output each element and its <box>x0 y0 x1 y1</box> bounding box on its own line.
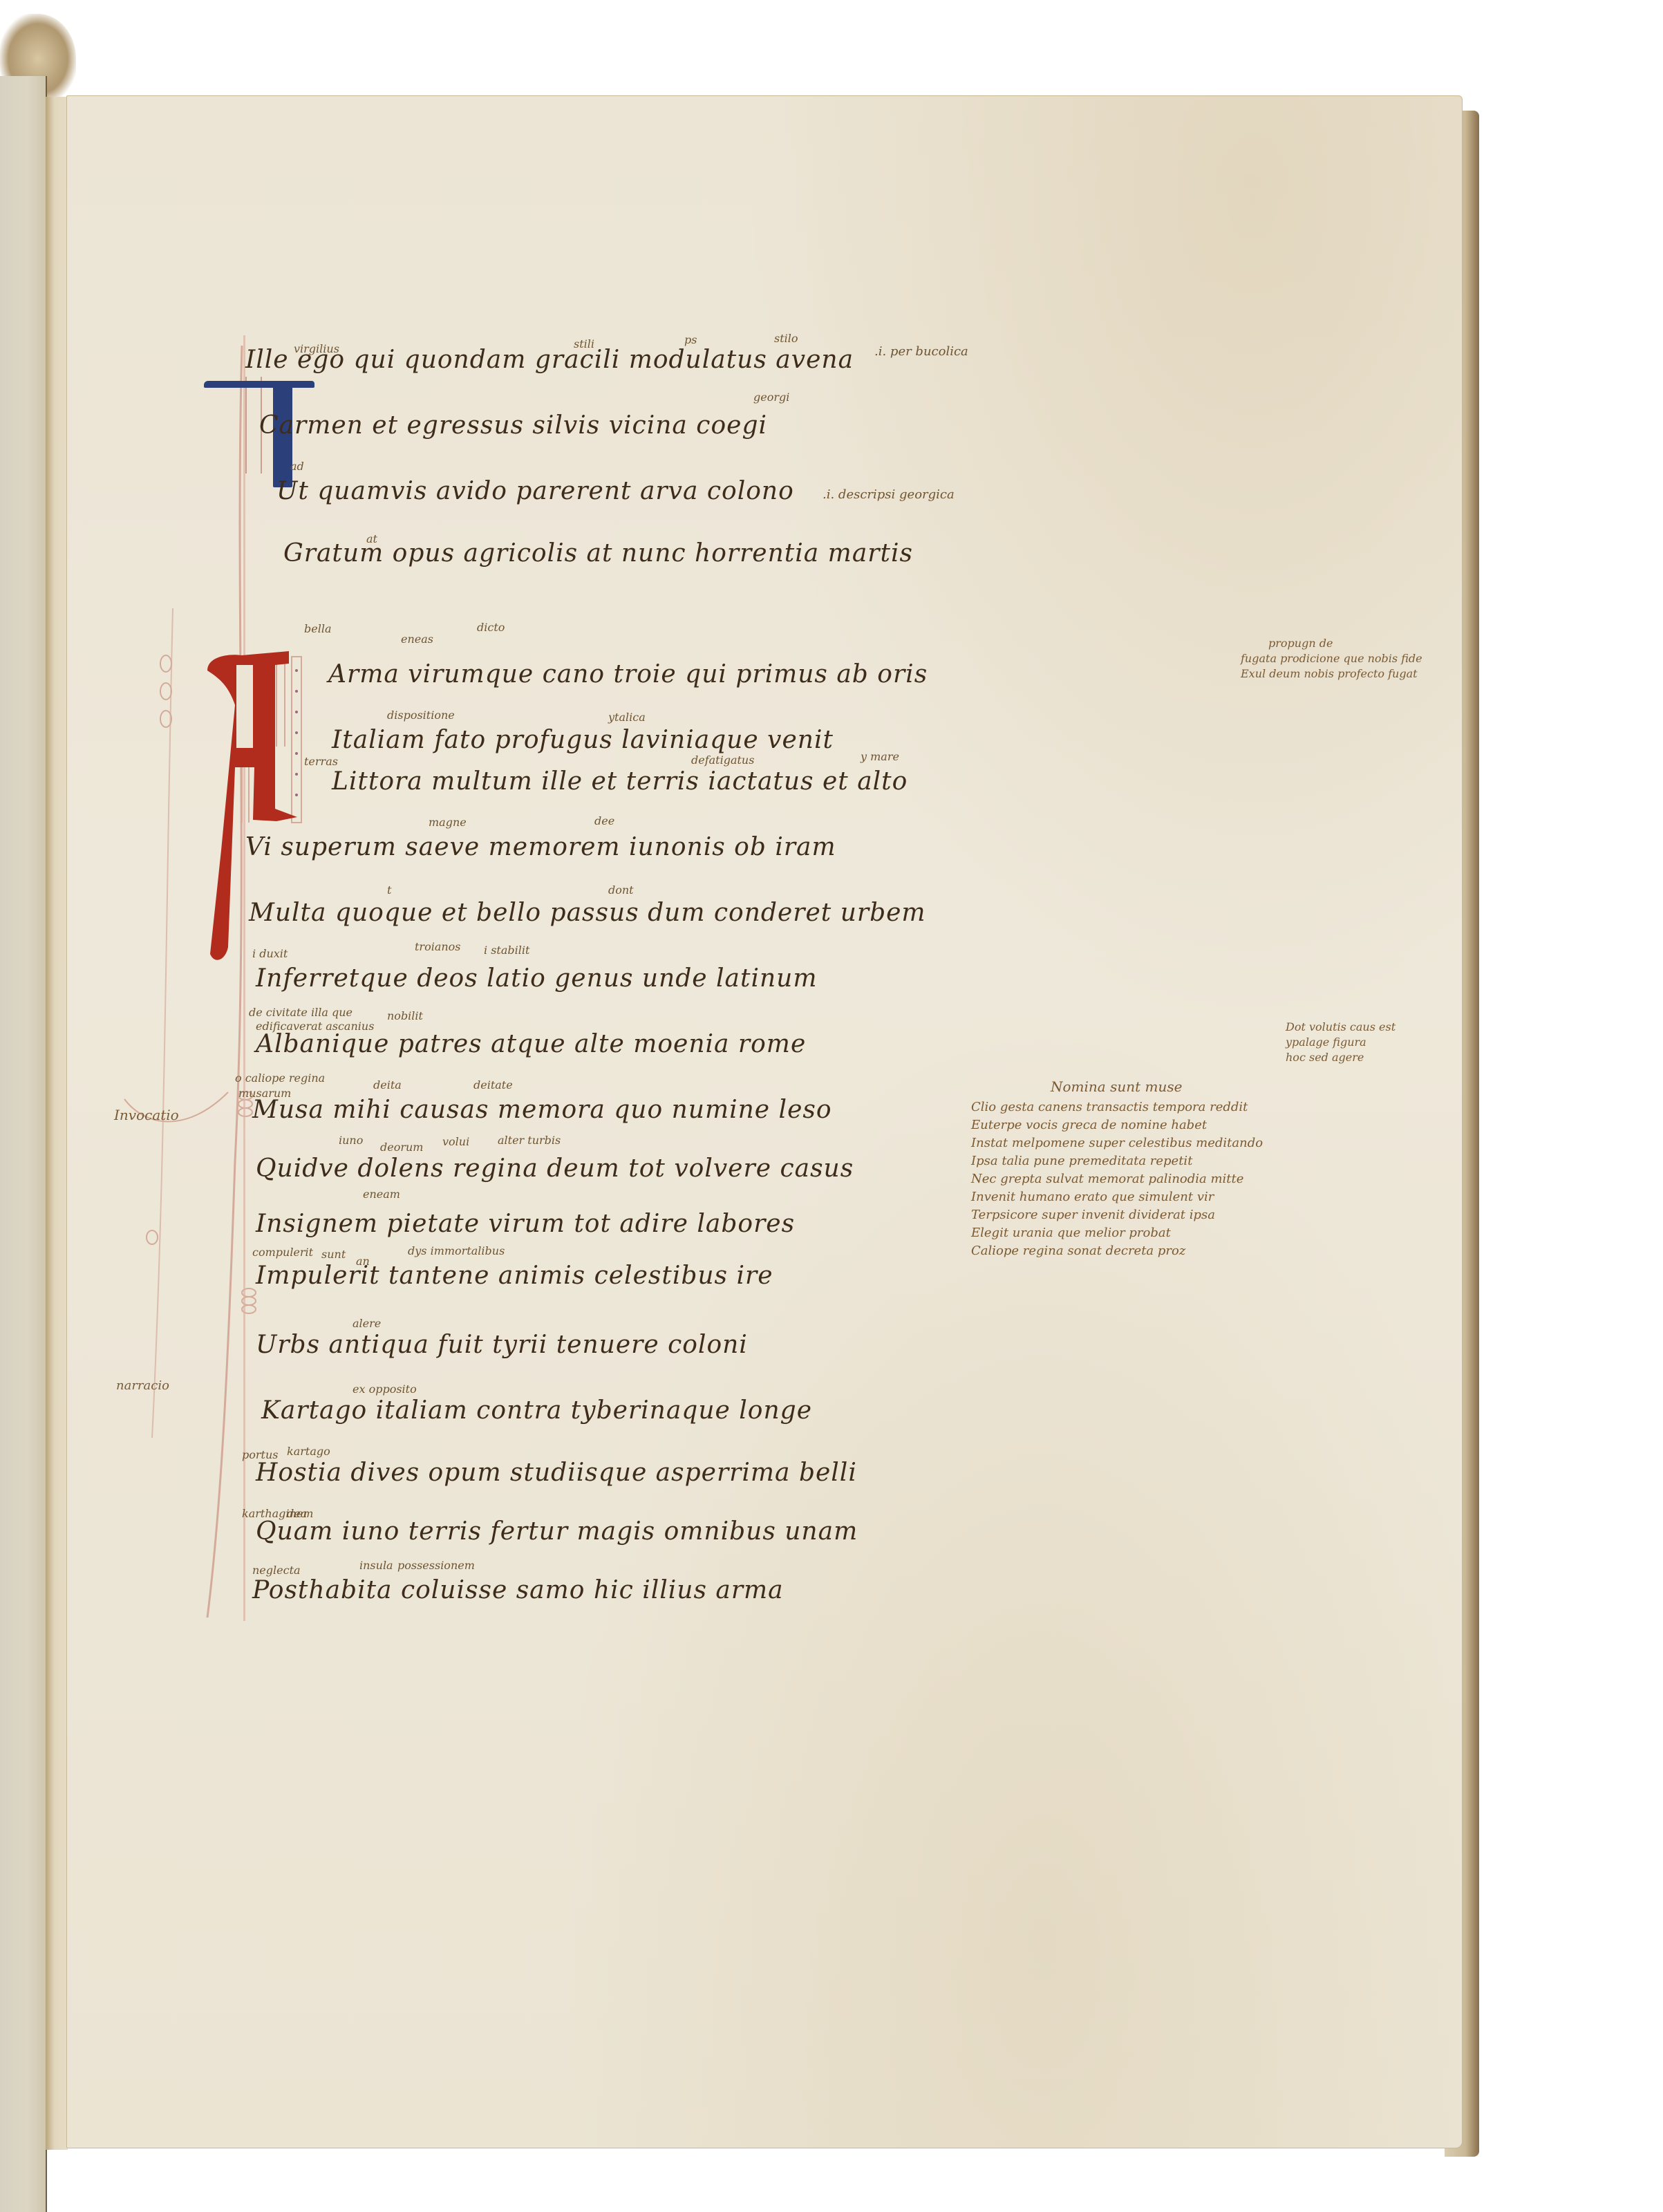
interlinear-gloss: t <box>387 883 391 897</box>
interlinear-gloss: sunt <box>321 1248 346 1261</box>
verse-line: Littora multum ille et terris iactatus e… <box>332 767 908 796</box>
marginal-gloss: .i. per bucolica <box>874 344 968 359</box>
interlinear-gloss: georgi <box>753 391 789 404</box>
note-line: ypalage figura <box>1286 1035 1396 1050</box>
muse-line: Euterpe vocis greca de nomine habet <box>971 1116 1263 1134</box>
muse-line: Caliope regina sonat decreta proz <box>971 1242 1263 1260</box>
right-margin-note-top: propugn de fugata prodicione que nobis f… <box>1241 636 1422 682</box>
verse-line: Insignem pietate virum tot adire labores <box>256 1210 795 1238</box>
interlinear-gloss: possessionem <box>397 1559 475 1572</box>
right-margin-note-mid: Dot volutis caus est ypalage figura hoc … <box>1286 1020 1396 1065</box>
interlinear-gloss: ytalica <box>608 711 646 724</box>
initial-crossbar <box>204 381 314 388</box>
muse-line: Instat melpomene super celestibus medita… <box>971 1134 1263 1152</box>
verse-line: Inferretque deos latio genus unde latinu… <box>256 964 818 993</box>
interlinear-gloss: alere <box>353 1317 381 1330</box>
verse-line: Arma virumque cano troie qui primus ab o… <box>328 660 928 688</box>
muse-line: Elegit urania que melior probat <box>971 1224 1263 1242</box>
verse-line: Impulerit tantene animis celestibus ire <box>256 1262 773 1290</box>
interlinear-gloss: stilo <box>774 332 798 345</box>
muse-line: Terpsicore super invenit dividerat ipsa <box>971 1206 1263 1224</box>
verse-line: Carmen et egressus silvis vicina coegi <box>259 411 767 440</box>
interlinear-gloss: i duxit <box>252 947 288 960</box>
note-line: propugn de <box>1241 636 1422 651</box>
verse-line: Ut quamvis avido parerent arva colono <box>276 477 794 505</box>
verse-line: Kartago italiam contra tyberinaque longe <box>261 1396 812 1425</box>
verse-line: Multa quoque et bello passus dum condere… <box>249 899 926 927</box>
verse-line: Hostia dives opum studiisque asperrima b… <box>256 1459 857 1487</box>
interlinear-gloss: dicto <box>477 621 505 634</box>
verse-line: Gratum opus agricolis at nunc horrentia … <box>283 539 913 568</box>
interlinear-gloss: compulerit <box>252 1246 313 1259</box>
interlinear-gloss: dont <box>608 883 634 897</box>
interlinear-gloss: ad <box>290 460 304 473</box>
interlinear-gloss: dispositione <box>387 709 455 722</box>
interlinear-gloss: defatigatus <box>691 753 754 767</box>
interlinear-gloss: nobilit <box>387 1009 423 1022</box>
verse-line: Posthabita coluisse samo hic illius arma <box>252 1576 784 1604</box>
interlinear-gloss: volui <box>442 1135 469 1148</box>
verse-line: Italiam fato profugus laviniaque venit <box>332 726 834 754</box>
muse-line: Nec grepta sulvat memorat palinodia mitt… <box>971 1170 1263 1188</box>
interlinear-gloss: de civitate illa que <box>249 1006 353 1019</box>
verse-line: Quam iuno terris fertur magis omnibus un… <box>256 1517 858 1546</box>
interlinear-gloss: insula <box>359 1559 393 1572</box>
interlinear-gloss: deitate <box>473 1078 513 1091</box>
muses-list: Nomina sunt muse Clio gesta canens trans… <box>971 1075 1263 1260</box>
left-flyleaf <box>0 76 47 2212</box>
note-line: Exul deum nobis profecto fugat <box>1241 666 1422 682</box>
verse-line: Quidve dolens regina deum tot volvere ca… <box>256 1154 854 1183</box>
note-line: hoc sed agere <box>1286 1050 1396 1065</box>
interlinear-gloss: deita <box>373 1078 402 1091</box>
interlinear-gloss: troianos <box>415 940 461 953</box>
interlinear-gloss: kartago <box>287 1445 330 1458</box>
muse-line: Clio gesta canens transactis tempora red… <box>971 1098 1263 1116</box>
note-line: Dot volutis caus est <box>1286 1020 1396 1035</box>
interlinear-gloss: i stabilit <box>484 944 529 957</box>
left-margin-note: narracio <box>116 1377 169 1395</box>
note-line: fugata prodicione que nobis fide <box>1241 651 1422 666</box>
binding-gutter <box>46 97 68 2150</box>
interlinear-gloss: dee <box>594 814 614 827</box>
muse-line: Ipsa talia pune premeditata repetit <box>971 1152 1263 1170</box>
marginal-gloss: .i. descripsi georgica <box>823 487 955 502</box>
interlinear-gloss: deorum <box>380 1141 423 1154</box>
interlinear-gloss: terras <box>304 755 338 768</box>
interlinear-gloss: bella <box>304 622 331 635</box>
interlinear-gloss: y mare <box>861 750 899 763</box>
interlinear-gloss: dys immortalibus <box>408 1244 505 1257</box>
interlinear-gloss: neglecta <box>252 1564 301 1577</box>
muses-heading: Nomina sunt muse <box>971 1075 1263 1098</box>
interlinear-gloss: magne <box>429 816 467 829</box>
verse-line: Albanique patres atque alte moenia rome <box>256 1030 806 1058</box>
left-margin-note: Invocatio <box>114 1106 179 1124</box>
interlinear-gloss: alter turbis <box>498 1134 561 1147</box>
verse-line: Urbs antiqua fuit tyrii tenuere coloni <box>256 1331 748 1359</box>
margin-ruling <box>243 335 245 1621</box>
verse-line: Vi superum saeve memorem iunonis ob iram <box>245 833 836 861</box>
interlinear-gloss: ex opposito <box>353 1382 417 1396</box>
interlinear-gloss: iuno <box>339 1134 363 1147</box>
interlinear-gloss: ps <box>684 333 697 346</box>
muse-line: Invenit humano erato que simulent vir <box>971 1188 1263 1206</box>
verse-line: Musa mihi causas memora quo numine leso <box>252 1096 832 1124</box>
verse-line: Ille ego qui quondam gracili modulatus a… <box>245 346 854 374</box>
interlinear-gloss: eneam <box>363 1188 400 1201</box>
interlinear-gloss: o caliope regina <box>235 1071 325 1085</box>
interlinear-gloss: eneas <box>401 632 433 646</box>
